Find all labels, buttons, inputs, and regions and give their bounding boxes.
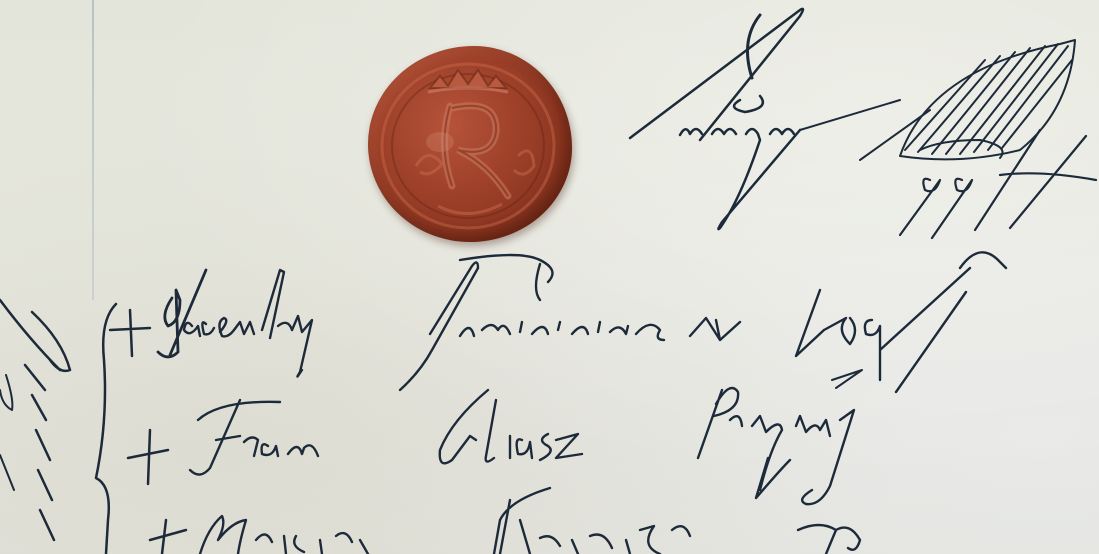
handwriting-ink-layer xyxy=(0,0,1099,554)
